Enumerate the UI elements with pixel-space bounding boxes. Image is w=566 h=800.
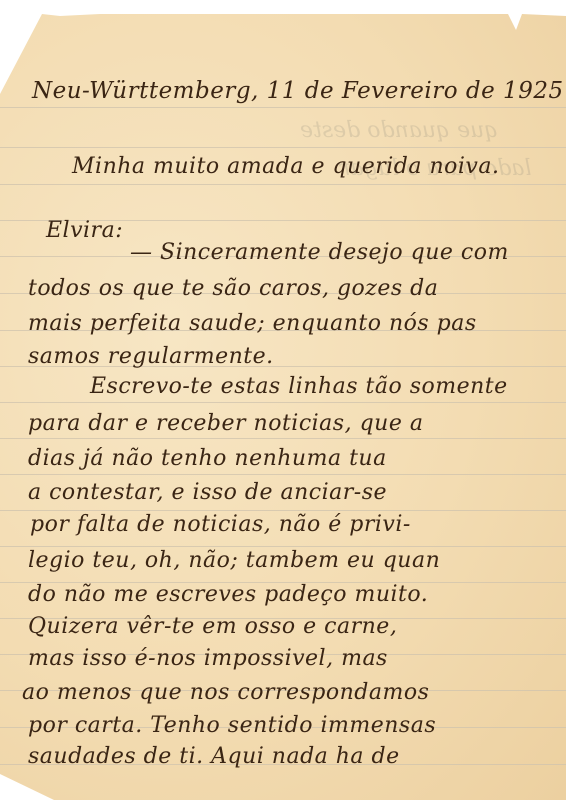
letter-line: — Sinceramente desejo que com [130,240,509,265]
letter-line: saudades de ti. Aqui nada ha de [28,744,400,769]
rule-line [0,474,566,475]
letter-header: Neu-Württemberg, 11 de Fevereiro de 1925 [32,78,564,104]
letter-line: todos os que te são caros, gozes da [28,276,438,301]
letter-line: do não me escreves padeço muito. [28,582,428,607]
letter-line: por falta de noticias, não é privi- [30,512,411,537]
letter-line: Escrevo-te estas linhas tão somente [90,374,508,399]
letter-line: dias já não tenho nenhuma tua [28,446,387,471]
letter-line: a contestar, e isso de anciar-se [28,480,387,505]
letter-salutation: Minha muito amada e querida noiva. [72,154,499,179]
letter-line: para dar e receber noticias, que a [28,411,423,436]
letter-line: samos regularmente. [28,344,274,369]
rule-line [0,438,566,439]
rule-line [0,147,566,148]
rule-line [0,546,566,547]
letter-line: mas isso é-nos impossivel, mas [28,646,388,671]
letter-line: legio teu, oh, não; tambem eu quan [28,548,440,573]
rule-line [0,510,566,511]
letter-line: ao menos que nos correspondamos [22,680,429,705]
letter-line: por carta. Tenho sentido immensas [28,713,436,738]
letter-line: Quizera vêr-te em osso e carne, [28,614,397,639]
bleed-through-text: que quando deste [300,118,498,143]
letter-line: mais perfeita saude; enquanto nós pas [28,311,477,336]
letter-addressee: Elvira: [46,218,123,243]
rule-line [0,184,566,185]
rule-line [0,107,566,108]
rule-line [0,402,566,403]
